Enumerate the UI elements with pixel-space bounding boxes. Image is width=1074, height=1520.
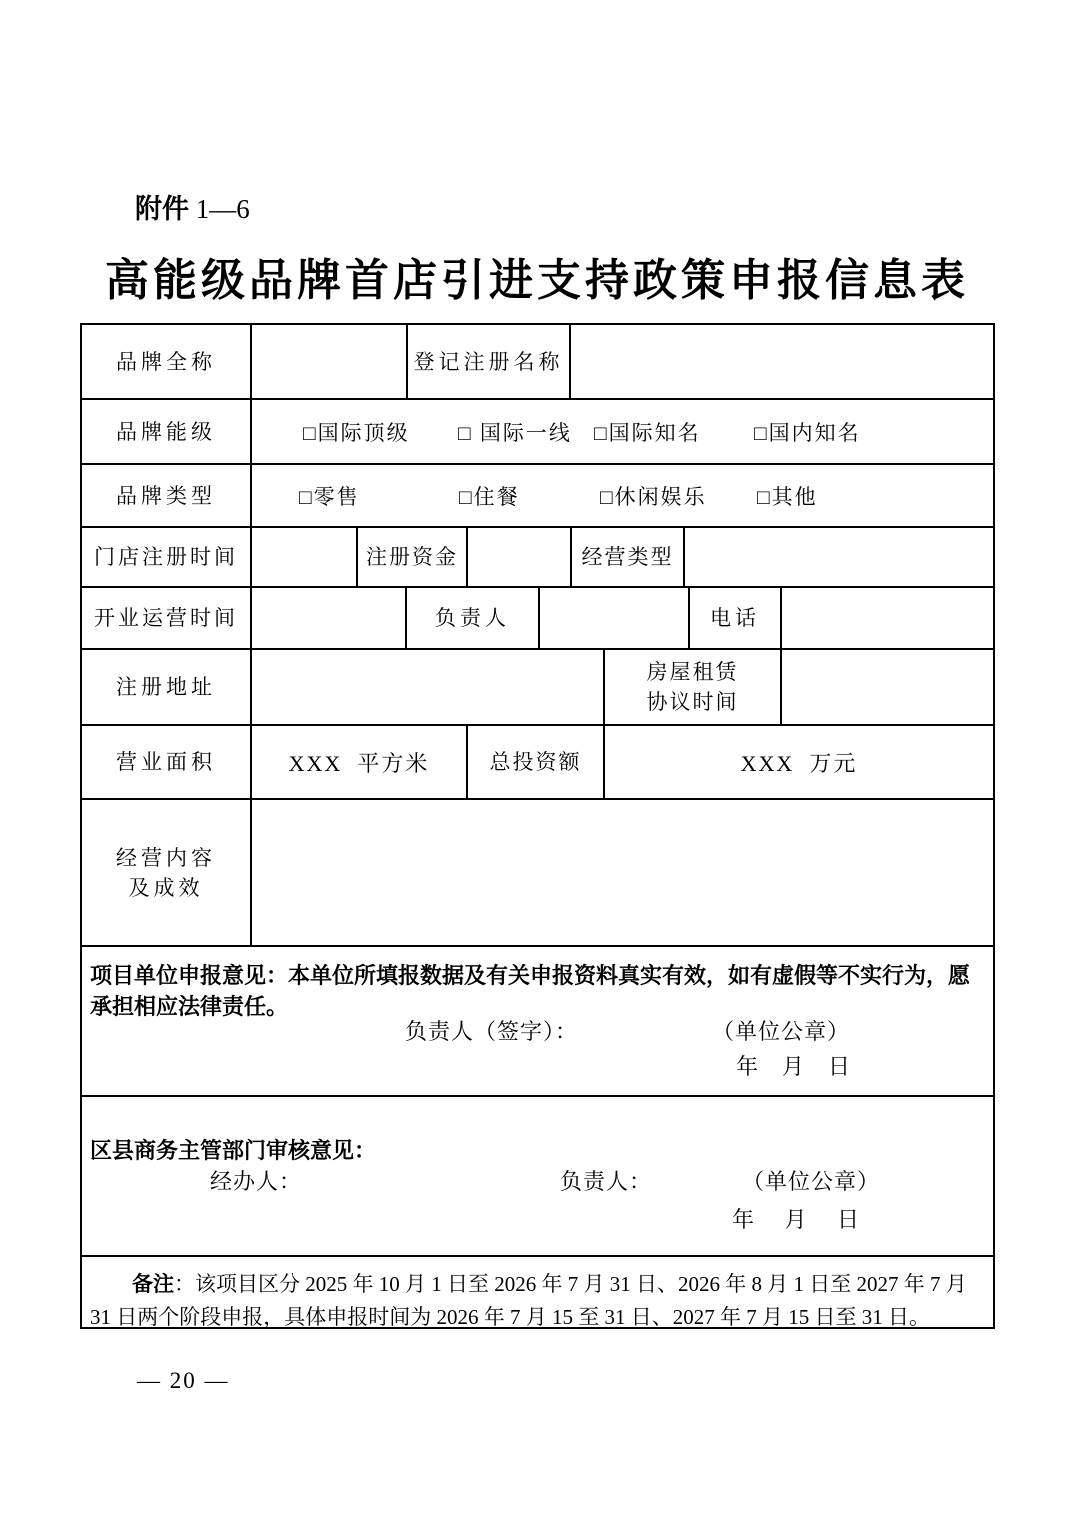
manager-label-cell: 负责人	[407, 588, 540, 648]
total-investment-label-cell: 总投资额	[468, 726, 605, 798]
registered-address-value-cell	[252, 650, 605, 724]
review-opinion-title: 区县商务主管部门审核意见：	[82, 1097, 993, 1166]
document-page: 附件 1—6 高能级品牌首店引进支持政策申报信息表 品牌全称 登记注册名称 品牌…	[0, 0, 1074, 1520]
declaration-seal-label: （单位公章）	[712, 1015, 850, 1046]
brand-level-options-cell: □国际顶级 □ 国际一线 □国际知名 □国内知名	[252, 400, 993, 463]
review-seal-label: （单位公章）	[742, 1165, 880, 1196]
total-investment-value-cell: XXX 万元	[605, 726, 993, 798]
phone-label: 电话	[710, 603, 760, 633]
attachment-number: 1—6	[189, 194, 250, 224]
declaration-statement: 项目单位申报意见：本单位所填报数据及有关申报资料真实有效，如有虚假等不实行为，愿…	[82, 947, 993, 1022]
lease-time-label: 房屋租赁 协议时间	[647, 657, 739, 717]
brand-name-value-cell	[252, 325, 408, 398]
row-business-area: 营业面积 XXX 平方米 总投资额 XXX 万元	[82, 726, 993, 800]
business-content-label-cell: 经营内容 及成效	[82, 800, 252, 945]
option-food-lodging: □住餐	[459, 481, 520, 511]
review-date-label: 年 月 日	[732, 1203, 860, 1234]
option-international-top: □国际顶级	[303, 417, 410, 447]
row-review-opinion: 区县商务主管部门审核意见： 经办人： 负责人： （单位公章） 年 月 日	[82, 1097, 993, 1257]
phone-value-cell	[782, 588, 993, 648]
row-brand-name: 品牌全称 登记注册名称	[82, 325, 993, 400]
registered-address-label: 注册地址	[116, 672, 216, 702]
store-reg-time-label-cell: 门店注册时间	[82, 528, 252, 586]
brand-type-label: 品牌类型	[116, 481, 216, 511]
remark-label: 备注	[132, 1273, 174, 1296]
registered-name-label: 登记注册名称	[414, 347, 564, 377]
attachment-prefix: 附件	[135, 194, 189, 224]
business-area-value: XXX 平方米	[289, 747, 430, 778]
option-retail: □零售	[299, 481, 360, 511]
store-reg-time-value-cell	[252, 528, 358, 586]
manager-value-cell	[540, 588, 690, 648]
registered-capital-label: 注册资金	[366, 542, 458, 572]
row-business-content: 经营内容 及成效	[82, 800, 993, 947]
business-area-label-cell: 营业面积	[82, 726, 252, 798]
review-handler-label: 经办人：	[210, 1165, 302, 1196]
registered-name-label-cell: 登记注册名称	[408, 325, 571, 398]
total-investment-value: XXX 万元	[741, 747, 858, 778]
row-registered-address: 注册地址 房屋租赁 协议时间	[82, 650, 993, 726]
row-applicant-declaration: 项目单位申报意见：本单位所填报数据及有关申报资料真实有效，如有虚假等不实行为，愿…	[82, 947, 993, 1097]
business-area-value-cell: XXX 平方米	[252, 726, 468, 798]
option-domestic-known: □国内知名	[754, 417, 861, 447]
registered-capital-label-cell: 注册资金	[358, 528, 468, 586]
option-international-known: □国际知名	[594, 417, 701, 447]
declaration-sign-label: 负责人（签字）：	[405, 1015, 578, 1046]
phone-label-cell: 电话	[690, 588, 782, 648]
remark-cell: 备注：该项目区分 2025 年 10 月 1 日至 2026 年 7 月 31 …	[82, 1257, 993, 1334]
business-area-label: 营业面积	[116, 747, 216, 777]
lease-time-value-cell	[782, 650, 993, 724]
row-remark: 备注：该项目区分 2025 年 10 月 1 日至 2026 年 7 月 31 …	[82, 1257, 993, 1327]
brand-level-label-cell: 品牌能级	[82, 400, 252, 463]
business-content-label: 经营内容 及成效	[116, 843, 216, 903]
opening-time-label-cell: 开业运营时间	[82, 588, 252, 648]
option-other: □其他	[757, 481, 818, 511]
brand-level-label: 品牌能级	[116, 417, 216, 447]
opening-time-label: 开业运营时间	[94, 603, 238, 633]
lease-time-label-cell: 房屋租赁 协议时间	[605, 650, 782, 724]
page-number: — 20 —	[137, 1368, 230, 1394]
review-opinion-cell: 区县商务主管部门审核意见： 经办人： 负责人： （单位公章） 年 月 日	[82, 1097, 993, 1166]
declaration-date-label: 年 月 日	[736, 1050, 851, 1081]
business-type-label-cell: 经营类型	[572, 528, 685, 586]
registered-capital-value-cell	[468, 528, 572, 586]
brand-name-label-cell: 品牌全称	[82, 325, 252, 398]
row-store-registration: 门店注册时间 注册资金 经营类型	[82, 528, 993, 588]
business-content-value-cell	[252, 800, 993, 945]
brand-name-label: 品牌全称	[116, 347, 216, 377]
opening-time-value-cell	[252, 588, 407, 648]
brand-type-options-cell: □零售 □住餐 □休闲娱乐 □其他	[252, 465, 993, 526]
business-type-value-cell	[685, 528, 993, 586]
row-brand-type: 品牌类型 □零售 □住餐 □休闲娱乐 □其他	[82, 465, 993, 528]
option-international-firstline: □ 国际一线	[458, 417, 572, 447]
application-form-table: 品牌全称 登记注册名称 品牌能级 □国际顶级 □ 国际一线 □国际知名 □国内知…	[80, 323, 995, 1329]
option-entertainment: □休闲娱乐	[600, 481, 707, 511]
business-type-label: 经营类型	[582, 542, 674, 572]
registered-address-label-cell: 注册地址	[82, 650, 252, 724]
store-reg-time-label: 门店注册时间	[94, 542, 238, 572]
manager-label: 负责人	[435, 603, 510, 633]
attachment-label: 附件 1—6	[135, 192, 250, 226]
row-opening-operation: 开业运营时间 负责人 电话	[82, 588, 993, 650]
brand-type-label-cell: 品牌类型	[82, 465, 252, 526]
applicant-declaration-cell: 项目单位申报意见：本单位所填报数据及有关申报资料真实有效，如有虚假等不实行为，愿…	[82, 947, 993, 1022]
remark-text: ：该项目区分 2025 年 10 月 1 日至 2026 年 7 月 31 日、…	[90, 1272, 967, 1329]
total-investment-label: 总投资额	[490, 747, 582, 777]
row-brand-level: 品牌能级 □国际顶级 □ 国际一线 □国际知名 □国内知名	[82, 400, 993, 465]
review-manager-label: 负责人：	[560, 1165, 652, 1196]
registered-name-value-cell	[571, 325, 993, 398]
page-title: 高能级品牌首店引进支持政策申报信息表	[0, 244, 1074, 308]
